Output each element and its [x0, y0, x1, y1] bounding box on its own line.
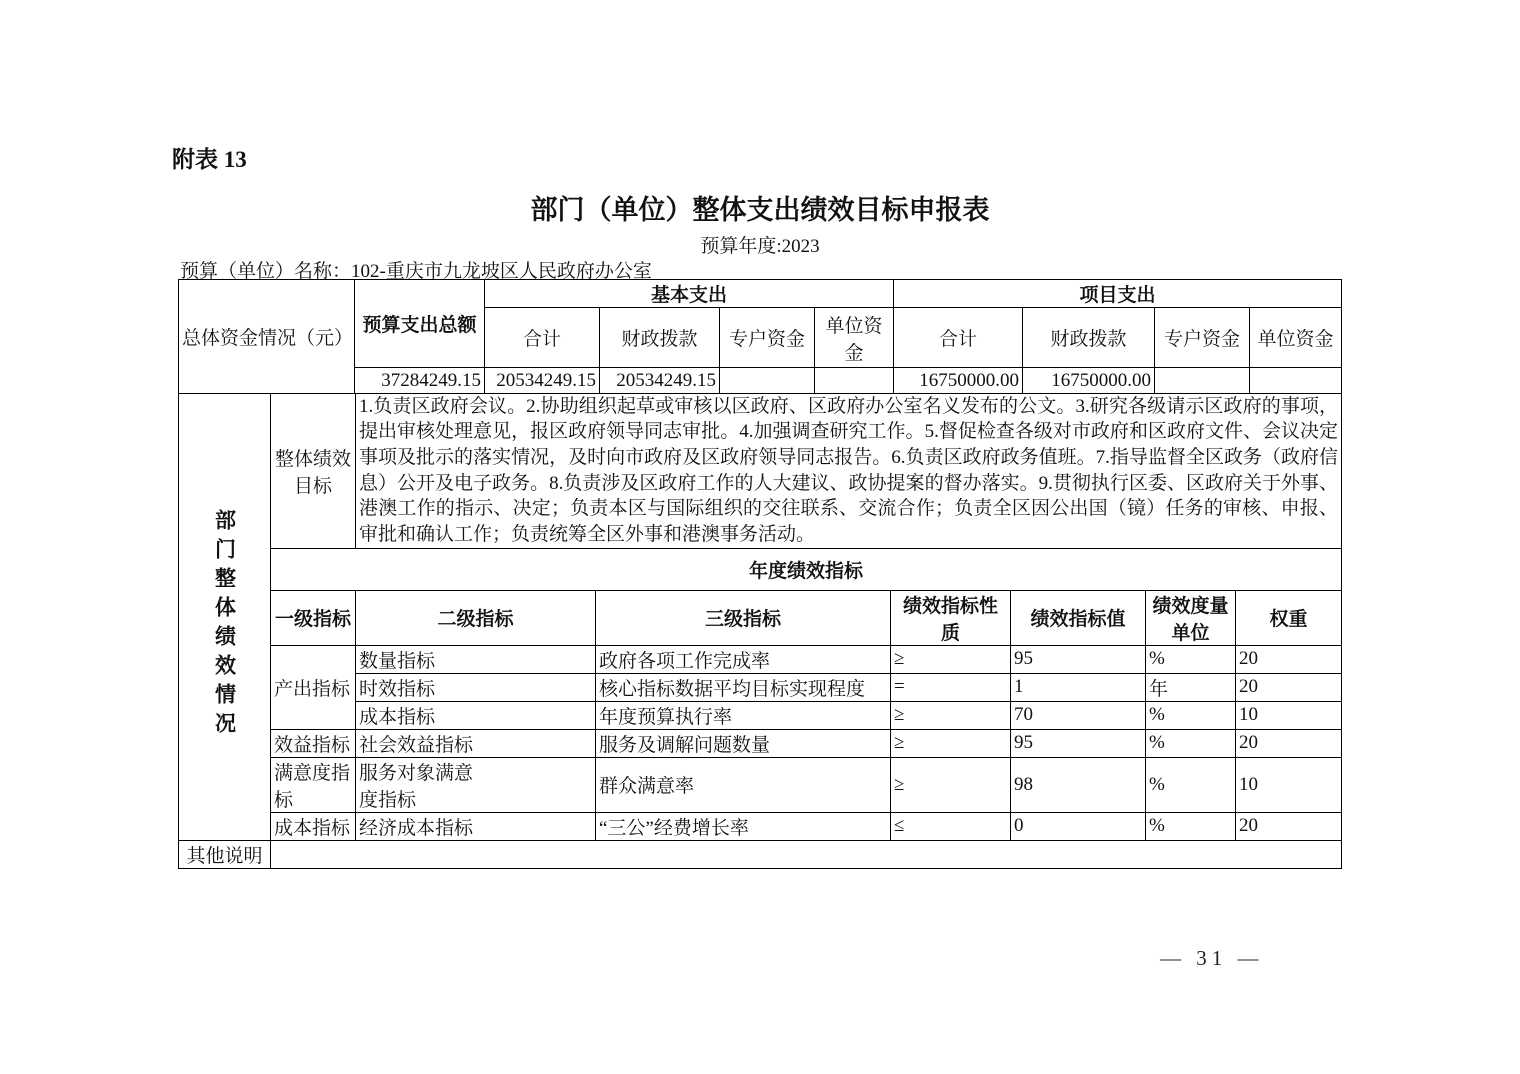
nature-cell: ≤	[891, 812, 1011, 840]
goal-text-cell: 1.负责区政府会议。2.协助组织起草或审核以区政府、区政府办公室名义发布的公文。…	[356, 393, 1342, 548]
other-notes-label-cell: 其他说明	[179, 840, 271, 868]
basic-total-header: 合计	[485, 308, 600, 368]
annex-label: 附表 13	[172, 141, 247, 174]
indicator-row: 产出指标 数量指标 政府各项工作完成率 ≥ 95 % 20	[179, 645, 1342, 673]
basic-fiscal-header: 财政拨款	[600, 308, 720, 368]
value-cell: 98	[1011, 757, 1146, 812]
performance-section-cell: 部门整体绩效情况	[179, 393, 271, 840]
l1-cell: 满意度指 标	[271, 757, 356, 812]
project-unit-header: 单位资金	[1250, 308, 1342, 368]
l2-cell: 服务对象满意 度指标	[356, 757, 596, 812]
project-expenditure-group-cell: 项目支出	[894, 280, 1342, 308]
l2-cell: 社会效益指标	[356, 729, 596, 757]
basic-unit-value	[815, 368, 894, 394]
other-notes-value-cell	[271, 840, 1342, 868]
nature-cell: ≥	[891, 701, 1011, 729]
l2-cell: 数量指标	[356, 645, 596, 673]
l3-cell: 年度预算执行率	[596, 701, 891, 729]
project-total-header: 合计	[894, 308, 1023, 368]
page-number: — 31 —	[1160, 946, 1264, 971]
col-header-l3: 三级指标	[596, 590, 891, 645]
unit-cell: %	[1146, 729, 1236, 757]
col-header-nature: 绩效指标性 质	[891, 590, 1011, 645]
l3-cell: 群众满意率	[596, 757, 891, 812]
vertical-section-label: 部门整体绩效情况	[210, 509, 240, 741]
performance-table: 部门整体绩效情况 整体绩效 目标 1.负责区政府会议。2.协助组织起草或审核以区…	[178, 393, 1342, 869]
value-cell: 0	[1011, 812, 1146, 840]
indicator-row: 效益指标 社会效益指标 服务及调解问题数量 ≥ 95 % 20	[179, 729, 1342, 757]
l2-cell: 成本指标	[356, 701, 596, 729]
l3-cell: 服务及调解问题数量	[596, 729, 891, 757]
total-expenditure-value: 37284249.15	[355, 368, 485, 394]
l2-cell: 时效指标	[356, 673, 596, 701]
basic-special-value	[720, 368, 815, 394]
basic-special-header: 专户资金	[720, 308, 815, 368]
unit-cell: %	[1146, 757, 1236, 812]
value-cell: 70	[1011, 701, 1146, 729]
weight-cell: 20	[1236, 729, 1342, 757]
l1-cell: 效益指标	[271, 729, 356, 757]
l3-cell: “三公”经费增长率	[596, 812, 891, 840]
l1-cell: 成本指标	[271, 812, 356, 840]
page-title: 部门（单位）整体支出绩效目标申报表	[0, 188, 1520, 227]
value-cell: 95	[1011, 729, 1146, 757]
value-cell: 95	[1011, 645, 1146, 673]
unit-cell: %	[1146, 701, 1236, 729]
col-header-weight: 权重	[1236, 590, 1342, 645]
project-special-value	[1155, 368, 1250, 394]
unit-cell: 年	[1146, 673, 1236, 701]
project-special-header: 专户资金	[1155, 308, 1250, 368]
col-header-l2: 二级指标	[356, 590, 596, 645]
col-header-value: 绩效指标值	[1011, 590, 1146, 645]
basic-expenditure-group-cell: 基本支出	[485, 280, 894, 308]
weight-cell: 20	[1236, 812, 1342, 840]
nature-cell: ≥	[891, 645, 1011, 673]
total-expenditure-header-cell: 预算支出总额	[355, 280, 485, 368]
report-tables: 总体资金情况（元） 预算支出总额 基本支出 项目支出 合计 财政拨款 专户资金 …	[178, 279, 1341, 869]
indicator-row: 满意度指 标 服务对象满意 度指标 群众满意率 ≥ 98 % 10	[179, 757, 1342, 812]
l3-cell: 核心指标数据平均目标实现程度	[596, 673, 891, 701]
basic-total-value: 20534249.15	[485, 368, 600, 394]
indicator-row: 成本指标 经济成本指标 “三公”经费增长率 ≤ 0 % 20	[179, 812, 1342, 840]
unit-cell: %	[1146, 812, 1236, 840]
weight-cell: 10	[1236, 757, 1342, 812]
l3-cell: 政府各项工作完成率	[596, 645, 891, 673]
value-cell: 1	[1011, 673, 1146, 701]
basic-unit-header: 单位资 金	[815, 308, 894, 368]
weight-cell: 20	[1236, 673, 1342, 701]
document-page: 附表 13 部门（单位）整体支出绩效目标申报表 预算年度:2023 预算（单位）…	[0, 0, 1520, 1074]
nature-cell: =	[891, 673, 1011, 701]
budget-year-label: 预算年度:2023	[0, 231, 1520, 258]
project-fiscal-header: 财政拨款	[1023, 308, 1155, 368]
col-header-unit: 绩效度量 单位	[1146, 590, 1236, 645]
goal-label-cell: 整体绩效 目标	[271, 393, 356, 548]
col-header-l1: 一级指标	[271, 590, 356, 645]
annual-indicators-banner: 年度绩效指标	[271, 548, 1342, 590]
l1-cell: 产出指标	[271, 645, 356, 729]
project-fiscal-value: 16750000.00	[1023, 368, 1155, 394]
weight-cell: 10	[1236, 701, 1342, 729]
unit-cell: %	[1146, 645, 1236, 673]
project-total-value: 16750000.00	[894, 368, 1023, 394]
project-unit-value	[1250, 368, 1342, 394]
overall-funds-label-cell: 总体资金情况（元）	[179, 280, 355, 394]
funds-table: 总体资金情况（元） 预算支出总额 基本支出 项目支出 合计 财政拨款 专户资金 …	[178, 279, 1342, 394]
l2-cell: 经济成本指标	[356, 812, 596, 840]
weight-cell: 20	[1236, 645, 1342, 673]
nature-cell: ≥	[891, 729, 1011, 757]
nature-cell: ≥	[891, 757, 1011, 812]
basic-fiscal-value: 20534249.15	[600, 368, 720, 394]
